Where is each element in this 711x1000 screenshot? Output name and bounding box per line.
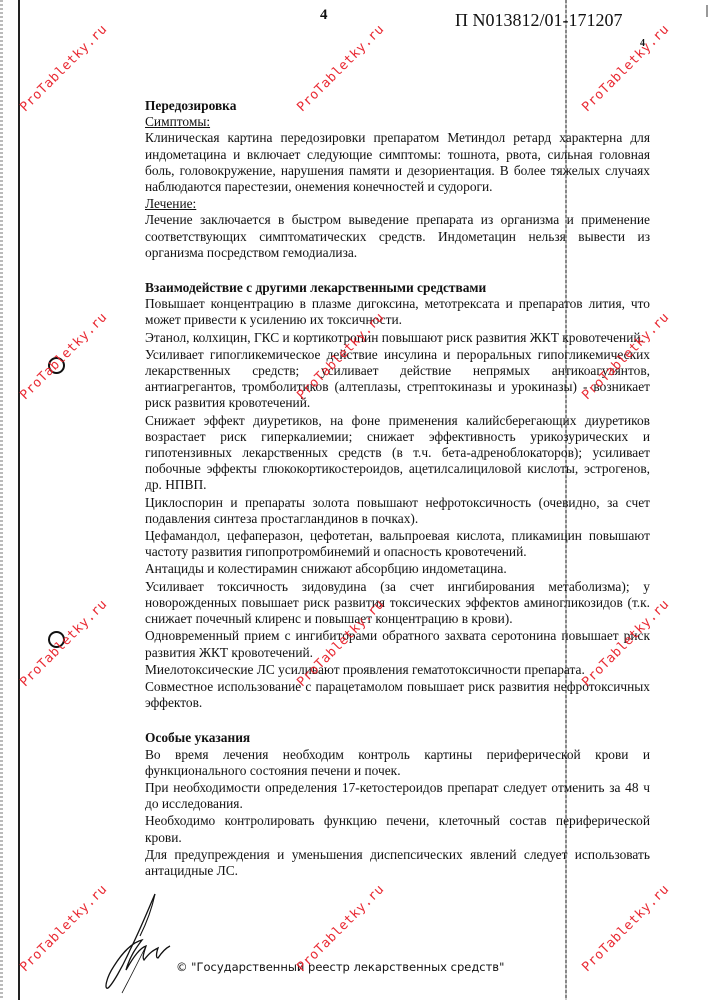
document-body: Передозировка Симптомы: Клиническая карт… bbox=[145, 98, 650, 880]
paragraph: Антациды и колестирамин снижают абсорбци… bbox=[145, 561, 650, 577]
paragraph: При необходимости определения 17-кетосте… bbox=[145, 780, 650, 812]
paragraph: Одновременный прием с ингибиторами обрат… bbox=[145, 628, 650, 660]
subheading-treatment: Лечение: bbox=[145, 196, 650, 212]
subheading-symptoms: Симптомы: bbox=[145, 114, 650, 130]
watermark: ProTabletky.ru bbox=[17, 310, 110, 403]
page-number: 4 bbox=[320, 7, 328, 24]
punch-hole-icon bbox=[48, 357, 65, 374]
section-title: Передозировка bbox=[145, 98, 650, 114]
paragraph: Усиливает гипогликемическое действие инс… bbox=[145, 347, 650, 412]
scan-edge-left bbox=[0, 0, 3, 1000]
section-special-instructions: Особые указания Во время лечения необход… bbox=[145, 730, 650, 879]
paragraph: Цефамандол, цефаперазон, цефотетан, валь… bbox=[145, 528, 650, 560]
paragraph: Необходимо контролировать функцию печени… bbox=[145, 813, 650, 845]
paragraph: Повышает концентрацию в плазме дигоксина… bbox=[145, 296, 650, 328]
punch-hole-icon bbox=[48, 631, 65, 648]
binding-line bbox=[18, 0, 20, 1000]
watermark: ProTabletky.ru bbox=[579, 882, 672, 975]
signature-icon bbox=[100, 890, 180, 995]
paragraph: Циклоспорин и препараты золота повышают … bbox=[145, 495, 650, 527]
watermark: ProTabletky.ru bbox=[17, 882, 110, 975]
watermark: ProTabletky.ru bbox=[17, 22, 110, 115]
section-title: Взаимодействие с другими лекарственными … bbox=[145, 280, 650, 296]
paragraph: Совместное использование с парацетамолом… bbox=[145, 679, 650, 711]
paragraph: Снижает эффект диуретиков, на фоне приме… bbox=[145, 413, 650, 494]
paragraph: Клиническая картина передозировки препар… bbox=[145, 130, 650, 195]
footer-copyright: © "Государственный реестр лекарственных … bbox=[176, 960, 504, 974]
section-title: Особые указания bbox=[145, 730, 650, 746]
section-overdose: Передозировка Симптомы: Клиническая карт… bbox=[145, 98, 650, 261]
paragraph: Для предупреждения и уменьшения диспепси… bbox=[145, 847, 650, 879]
spacer bbox=[145, 262, 650, 280]
paragraph: Этанол, колхицин, ГКС и кортикотропин по… bbox=[145, 330, 650, 346]
page-number-small: 4 bbox=[640, 38, 645, 49]
paragraph: Лечение заключается в быстром выведение … bbox=[145, 212, 650, 261]
paragraph: Миелотоксические ЛС усиливают проявления… bbox=[145, 662, 650, 678]
paragraph: Усиливает токсичность зидовудина (за сче… bbox=[145, 579, 650, 628]
spacer bbox=[145, 712, 650, 730]
registration-number: П N013812/01-171207 bbox=[455, 10, 623, 31]
section-interactions: Взаимодействие с другими лекарственными … bbox=[145, 280, 650, 711]
paragraph: Во время лечения необходим контроль карт… bbox=[145, 747, 650, 779]
scan-edge-right bbox=[706, 5, 708, 17]
